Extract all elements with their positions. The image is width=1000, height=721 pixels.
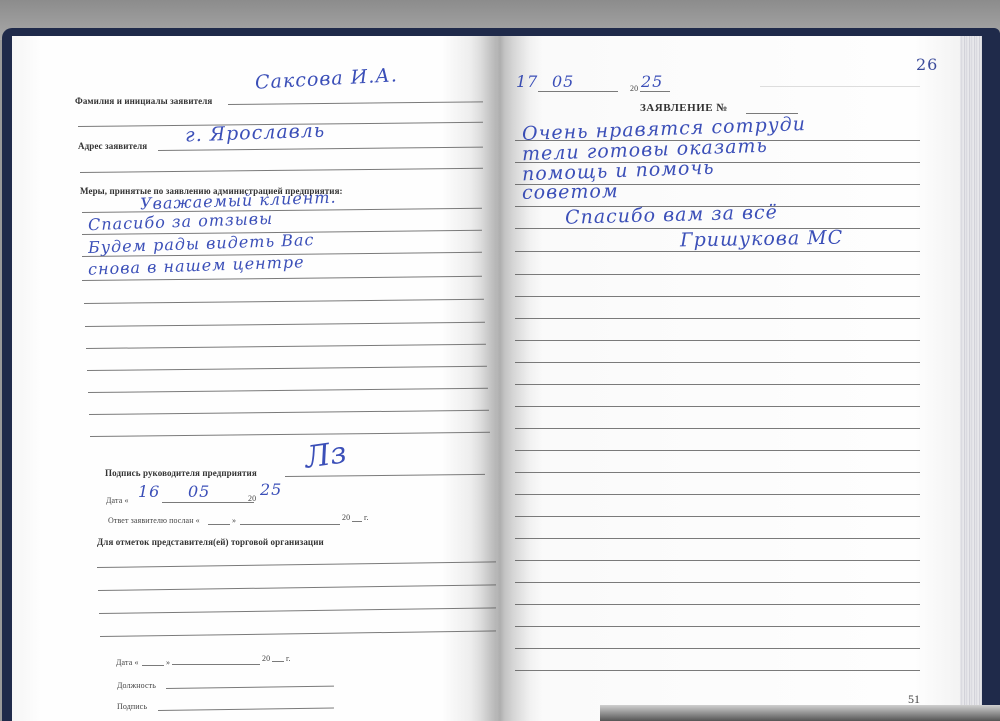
ruled-line	[515, 450, 920, 451]
right-date-year-line	[640, 91, 670, 92]
applicant-name-label: Фамилия и инициалы заявителя	[75, 96, 212, 106]
reply-year-prefix: 20	[342, 513, 350, 522]
ruled-line	[515, 251, 920, 252]
ruled-line	[515, 318, 920, 319]
reply-month-line	[240, 524, 340, 525]
reply-day-line	[208, 524, 230, 525]
right-date-year-suffix: 25	[641, 72, 663, 91]
bottom-shadow	[600, 705, 1000, 721]
rep-notes-label: Для отметок представителя(ей) торговой о…	[97, 537, 324, 547]
rep-date-label: Дата «	[116, 658, 139, 667]
manager-signature-label: Подпись руководителя предприятия	[105, 468, 257, 478]
ruled-line	[515, 582, 920, 583]
ruled-line	[515, 560, 920, 561]
right-date-month-line	[538, 91, 618, 92]
ruled-line	[515, 428, 920, 429]
ruled-line	[515, 604, 920, 605]
ruled-line	[515, 648, 920, 649]
rep-date-year-line	[272, 661, 284, 662]
date-month: 05	[188, 482, 210, 501]
rep-date-year-prefix: 20	[262, 654, 270, 663]
date-year-prefix: 20	[248, 494, 256, 503]
page-edges	[960, 36, 982, 721]
rep-position-label: Должность	[117, 681, 156, 690]
rep-date-month-line	[172, 664, 260, 665]
manager-signature: Лз	[303, 435, 349, 475]
ruled-line	[515, 538, 920, 539]
ruled-line	[515, 274, 920, 275]
statement-signature: Гришукова МС	[680, 227, 844, 252]
ruled-line	[515, 384, 920, 385]
ruled-line	[515, 406, 920, 407]
rep-date-year-suffix: г.	[286, 654, 291, 663]
faint-line	[760, 86, 920, 87]
reply-year-suffix: г.	[364, 513, 369, 522]
reply-sent-label: Ответ заявителю послан «	[108, 516, 200, 525]
ruled-line	[515, 626, 920, 627]
date-month-line	[162, 502, 254, 503]
date-label: Дата «	[106, 496, 129, 505]
ruled-line	[515, 362, 920, 363]
ruled-line	[515, 340, 920, 341]
rep-signature-label: Подпись	[117, 702, 147, 711]
right-date-month: 05	[552, 72, 574, 91]
date-year-suffix: 25	[260, 480, 282, 499]
reply-year-line	[352, 521, 362, 522]
statement-title: ЗАЯВЛЕНИЕ №	[640, 102, 728, 114]
sheet-number: 26	[916, 55, 938, 74]
ruled-line	[515, 296, 920, 297]
statement-line-4: советом	[522, 180, 619, 204]
rep-date-day-line	[142, 665, 164, 666]
ruled-line	[515, 670, 920, 671]
right-date-day: 17	[516, 72, 538, 91]
date-day: 16	[138, 482, 160, 501]
ruled-line	[515, 472, 920, 473]
rep-date-sep: »	[166, 658, 170, 667]
ruled-line	[515, 516, 920, 517]
reply-sep: »	[232, 516, 236, 525]
applicant-address-label: Адрес заявителя	[78, 141, 147, 151]
ruled-line	[515, 494, 920, 495]
right-date-year-prefix: 20	[630, 84, 638, 93]
